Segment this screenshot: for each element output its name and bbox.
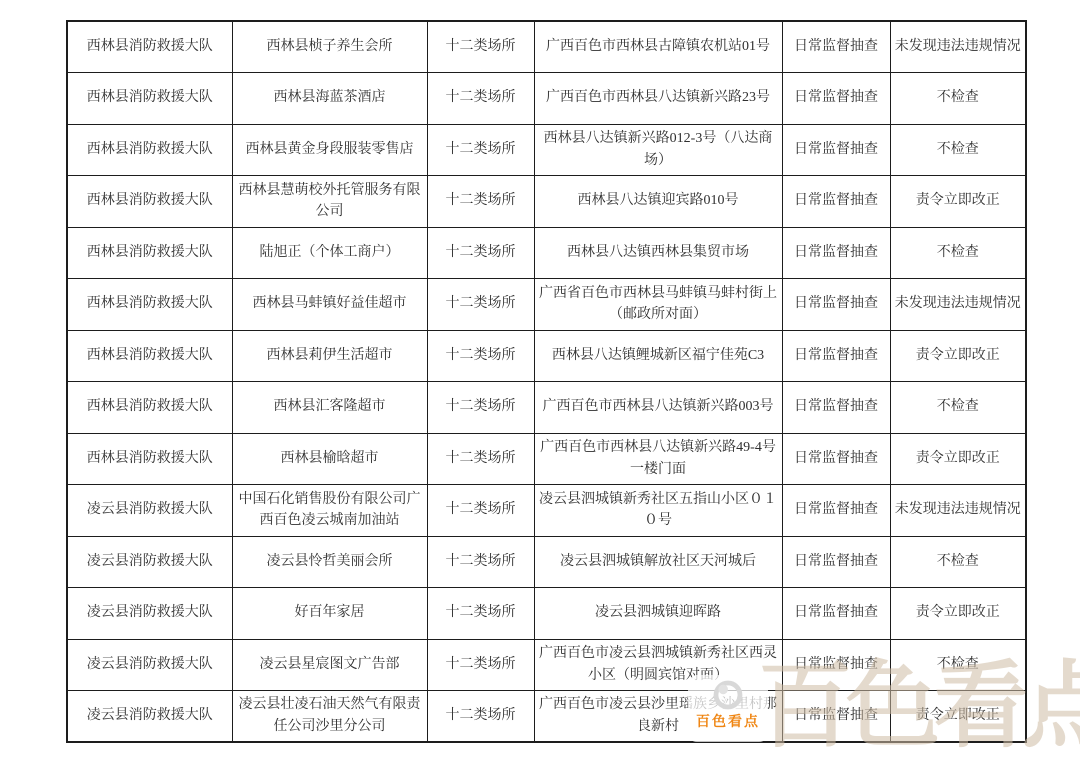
cell-brigade: 西林县消防救援大队 (67, 227, 232, 279)
cell-category: 十二类场所 (427, 588, 534, 640)
cell-brigade: 凌云县消防救援大队 (67, 588, 232, 640)
cell-result: 不检查 (890, 382, 1026, 434)
cell-category: 十二类场所 (427, 227, 534, 279)
cell-category: 十二类场所 (427, 176, 534, 228)
cell-inspection-type: 日常监督抽查 (782, 227, 890, 279)
cell-inspection-type: 日常监督抽查 (782, 124, 890, 176)
cell-category: 十二类场所 (427, 691, 534, 743)
cell-brigade: 凌云县消防救援大队 (67, 485, 232, 537)
cell-place-name: 凌云县壮凌石油天然气有限责任公司沙里分公司 (232, 691, 427, 743)
cell-place-name: 好百年家居 (232, 588, 427, 640)
table-row: 凌云县消防救援大队 凌云县怜哲美丽会所 十二类场所 凌云县泗城镇解放社区天河城后… (67, 536, 1026, 588)
cell-place-name: 西林县莉伊生活超市 (232, 330, 427, 382)
table-row: 西林县消防救援大队 西林县黄金身段服装零售店 十二类场所 西林县八达镇新兴路01… (67, 124, 1026, 176)
cell-address: 凌云县泗城镇迎晖路 (534, 588, 782, 640)
cell-brigade: 西林县消防救援大队 (67, 124, 232, 176)
cell-result: 责令立即改正 (890, 176, 1026, 228)
cell-category: 十二类场所 (427, 433, 534, 485)
table-row: 凌云县消防救援大队 中国石化销售股份有限公司广西百色凌云城南加油站 十二类场所 … (67, 485, 1026, 537)
cell-category: 十二类场所 (427, 330, 534, 382)
table-row: 凌云县消防救援大队 凌云县壮凌石油天然气有限责任公司沙里分公司 十二类场所 广西… (67, 691, 1026, 743)
cell-result: 未发现违法违规情况 (890, 485, 1026, 537)
cell-category: 十二类场所 (427, 73, 534, 125)
cell-result: 不检查 (890, 124, 1026, 176)
cell-place-name: 西林县桢子养生会所 (232, 21, 427, 73)
cell-address: 广西百色市凌云县泗城镇新秀社区西灵小区（明圆宾馆对面） (534, 639, 782, 691)
inspection-table: 西林县消防救援大队 西林县桢子养生会所 十二类场所 广西百色市西林县古障镇农机站… (66, 20, 1027, 743)
cell-brigade: 西林县消防救援大队 (67, 73, 232, 125)
cell-inspection-type: 日常监督抽查 (782, 485, 890, 537)
cell-category: 十二类场所 (427, 124, 534, 176)
table-row: 西林县消防救援大队 陆旭正（个体工商户） 十二类场所 西林县八达镇西林县集贸市场… (67, 227, 1026, 279)
cell-place-name: 陆旭正（个体工商户） (232, 227, 427, 279)
cell-inspection-type: 日常监督抽查 (782, 691, 890, 743)
cell-result: 不检查 (890, 73, 1026, 125)
cell-address: 广西百色市凌云县沙里瑶族乡沙里村那良新村 (534, 691, 782, 743)
cell-inspection-type: 日常监督抽查 (782, 330, 890, 382)
cell-address: 凌云县泗城镇新秀社区五指山小区０１０号 (534, 485, 782, 537)
cell-inspection-type: 日常监督抽查 (782, 382, 890, 434)
table-row: 西林县消防救援大队 西林县慧萌校外托管服务有限公司 十二类场所 西林县八达镇迎宾… (67, 176, 1026, 228)
cell-brigade: 凌云县消防救援大队 (67, 536, 232, 588)
cell-inspection-type: 日常监督抽查 (782, 433, 890, 485)
cell-category: 十二类场所 (427, 536, 534, 588)
cell-address: 广西百色市西林县八达镇新兴路23号 (534, 73, 782, 125)
cell-result: 责令立即改正 (890, 691, 1026, 743)
cell-address: 广西省百色市西林县马蚌镇马蚌村街上（邮政所对面） (534, 279, 782, 331)
cell-brigade: 西林县消防救援大队 (67, 433, 232, 485)
table-row: 凌云县消防救援大队 凌云县星宸图文广告部 十二类场所 广西百色市凌云县泗城镇新秀… (67, 639, 1026, 691)
table-row: 西林县消防救援大队 西林县莉伊生活超市 十二类场所 西林县八达镇鲤城新区福宁佳苑… (67, 330, 1026, 382)
cell-place-name: 凌云县星宸图文广告部 (232, 639, 427, 691)
cell-result: 责令立即改正 (890, 330, 1026, 382)
document-page: 西林县消防救援大队 西林县桢子养生会所 十二类场所 广西百色市西林县古障镇农机站… (0, 0, 1080, 763)
cell-brigade: 凌云县消防救援大队 (67, 691, 232, 743)
table-row: 西林县消防救援大队 西林县榆晗超市 十二类场所 广西百色市西林县八达镇新兴路49… (67, 433, 1026, 485)
cell-place-name: 西林县马蚌镇好益佳超市 (232, 279, 427, 331)
cell-result: 不检查 (890, 536, 1026, 588)
cell-inspection-type: 日常监督抽查 (782, 73, 890, 125)
cell-category: 十二类场所 (427, 21, 534, 73)
cell-inspection-type: 日常监督抽查 (782, 176, 890, 228)
cell-place-name: 中国石化销售股份有限公司广西百色凌云城南加油站 (232, 485, 427, 537)
cell-place-name: 凌云县怜哲美丽会所 (232, 536, 427, 588)
cell-inspection-type: 日常监督抽查 (782, 588, 890, 640)
cell-result: 不检查 (890, 639, 1026, 691)
cell-address: 西林县八达镇西林县集贸市场 (534, 227, 782, 279)
cell-brigade: 西林县消防救援大队 (67, 330, 232, 382)
cell-address: 广西百色市西林县古障镇农机站01号 (534, 21, 782, 73)
cell-place-name: 西林县榆晗超市 (232, 433, 427, 485)
cell-inspection-type: 日常监督抽查 (782, 536, 890, 588)
cell-category: 十二类场所 (427, 382, 534, 434)
cell-category: 十二类场所 (427, 485, 534, 537)
table-row: 西林县消防救援大队 西林县汇客隆超市 十二类场所 广西百色市西林县八达镇新兴路0… (67, 382, 1026, 434)
cell-brigade: 西林县消防救援大队 (67, 176, 232, 228)
cell-place-name: 西林县汇客隆超市 (232, 382, 427, 434)
cell-result: 不检查 (890, 227, 1026, 279)
cell-category: 十二类场所 (427, 639, 534, 691)
cell-result: 未发现违法违规情况 (890, 21, 1026, 73)
cell-address: 西林县八达镇新兴路012-3号（八达商场） (534, 124, 782, 176)
cell-place-name: 西林县慧萌校外托管服务有限公司 (232, 176, 427, 228)
cell-result: 责令立即改正 (890, 588, 1026, 640)
cell-address: 凌云县泗城镇解放社区天河城后 (534, 536, 782, 588)
cell-inspection-type: 日常监督抽查 (782, 639, 890, 691)
table-row: 西林县消防救援大队 西林县桢子养生会所 十二类场所 广西百色市西林县古障镇农机站… (67, 21, 1026, 73)
cell-address: 广西百色市西林县八达镇新兴路003号 (534, 382, 782, 434)
cell-brigade: 西林县消防救援大队 (67, 279, 232, 331)
cell-place-name: 西林县黄金身段服装零售店 (232, 124, 427, 176)
cell-brigade: 西林县消防救援大队 (67, 382, 232, 434)
cell-result: 责令立即改正 (890, 433, 1026, 485)
cell-address: 西林县八达镇鲤城新区福宁佳苑C3 (534, 330, 782, 382)
cell-brigade: 西林县消防救援大队 (67, 21, 232, 73)
cell-brigade: 凌云县消防救援大队 (67, 639, 232, 691)
cell-result: 未发现违法违规情况 (890, 279, 1026, 331)
cell-address: 广西百色市西林县八达镇新兴路49-4号一楼门面 (534, 433, 782, 485)
cell-place-name: 西林县海蓝茶酒店 (232, 73, 427, 125)
table-row: 西林县消防救援大队 西林县马蚌镇好益佳超市 十二类场所 广西省百色市西林县马蚌镇… (67, 279, 1026, 331)
cell-inspection-type: 日常监督抽查 (782, 21, 890, 73)
table-row: 西林县消防救援大队 西林县海蓝茶酒店 十二类场所 广西百色市西林县八达镇新兴路2… (67, 73, 1026, 125)
cell-inspection-type: 日常监督抽查 (782, 279, 890, 331)
cell-address: 西林县八达镇迎宾路010号 (534, 176, 782, 228)
cell-category: 十二类场所 (427, 279, 534, 331)
table-row: 凌云县消防救援大队 好百年家居 十二类场所 凌云县泗城镇迎晖路 日常监督抽查 责… (67, 588, 1026, 640)
